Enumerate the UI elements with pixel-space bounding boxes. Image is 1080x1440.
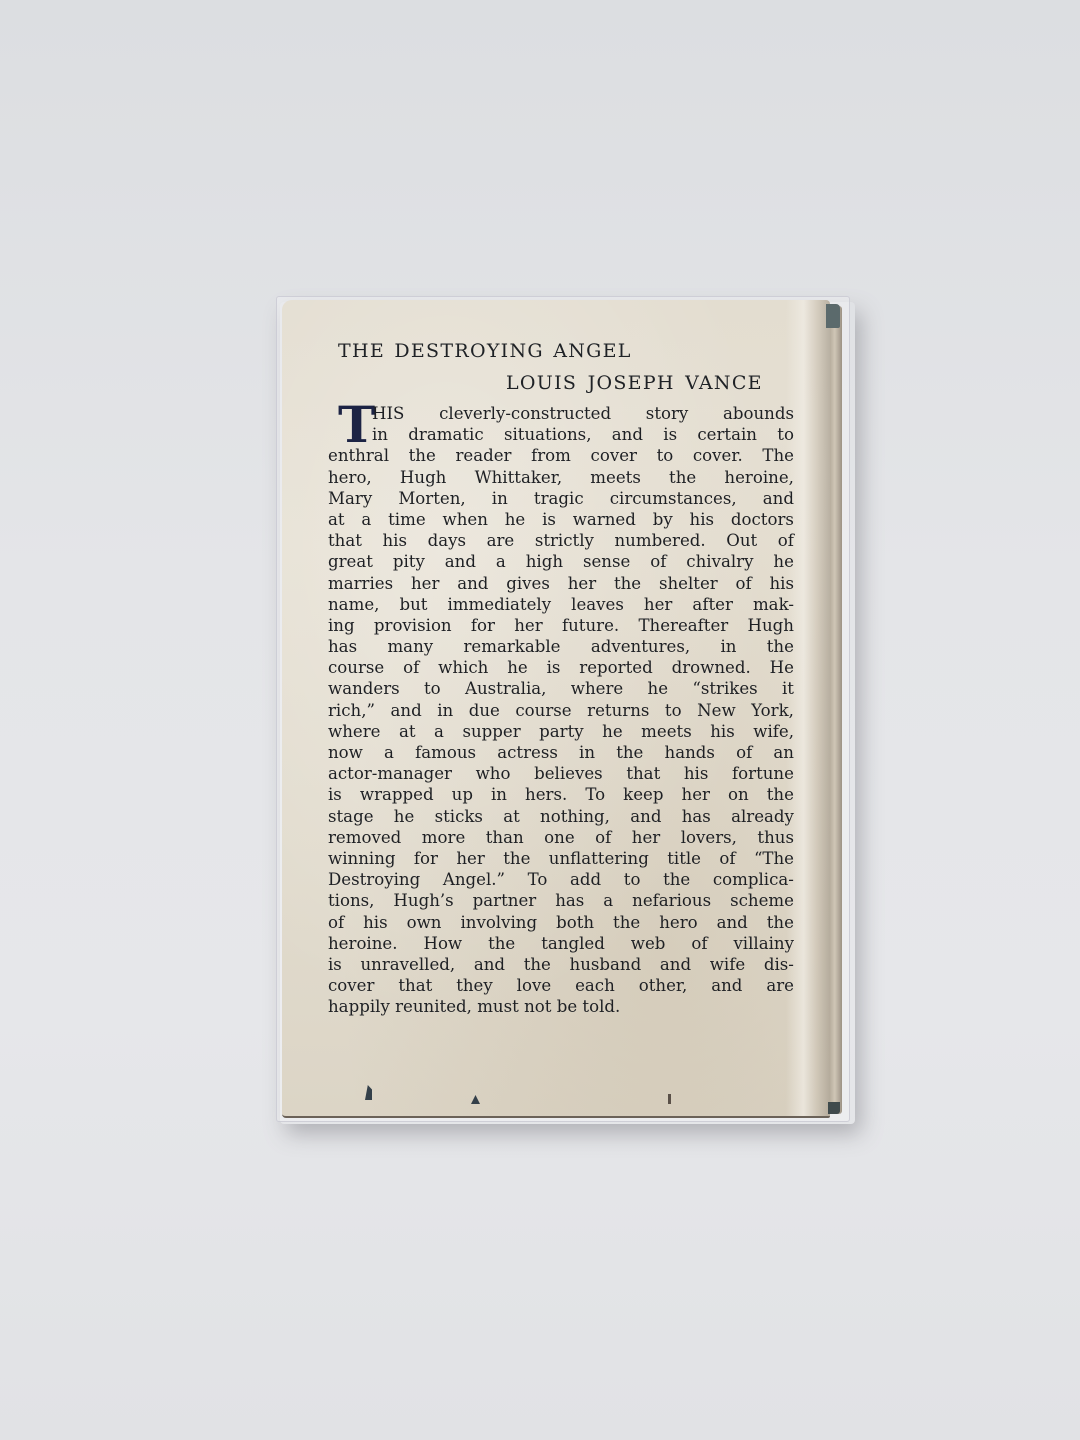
blurb-line: marriesherandgiveshertheshelterofhis [328, 573, 794, 594]
blurb-line: enthralthereaderfromcovertocover.The [328, 445, 794, 466]
blurb-line: indramaticsituations,andiscertainto [328, 424, 794, 445]
blurb-line: HIScleverly-constructedstoryabounds [328, 403, 794, 424]
blurb-line: isunravelled,andthehusbandandwifedis- [328, 954, 794, 975]
book-title: THE DESTROYING ANGEL [338, 340, 632, 362]
edge-tear [668, 1094, 671, 1104]
blurb-line: winningforhertheunflatteringtitleof“The [328, 848, 794, 869]
blurb-line: coverthattheyloveeachother,andare [328, 975, 794, 996]
blurb-line: tions,Hugh’spartnerhasanefariousscheme [328, 890, 794, 911]
blurb-line: happily reunited, must not be told. [328, 996, 794, 1017]
blurb-line: stagehesticksatnothing,andhasalready [328, 806, 794, 827]
blurb-line: courseofwhichheisreporteddrowned.He [328, 657, 794, 678]
book-spine [830, 306, 842, 1114]
blurb-line: wanderstoAustralia,wherehe“strikesit [328, 678, 794, 699]
blurb-line: MaryMorten,intragiccircumstances,and [328, 488, 794, 509]
spine-color-tab-bottom [828, 1102, 840, 1114]
blurb-line: iswrappedupinhers.Tokeepheronthe [328, 784, 794, 805]
blurb-line: rich,”andinduecoursereturnstoNewYork, [328, 700, 794, 721]
blurb-line: actor-managerwhobelievesthathisfortune [328, 763, 794, 784]
blurb-line: heroine.Howthetangledwebofvillainy [328, 933, 794, 954]
blurb-line: atatimewhenheiswarnedbyhisdoctors [328, 509, 794, 530]
blurb-line: hero,HughWhittaker,meetstheheroine, [328, 467, 794, 488]
blurb-line: DestroyingAngel.”Toaddtothecomplica- [328, 869, 794, 890]
blurb-line: ofhisowninvolvingboththeheroandthe [328, 912, 794, 933]
blurb-line: hasmanyremarkableadventures,inthe [328, 636, 794, 657]
blurb-line: ingprovisionforherfuture.ThereafterHugh [328, 615, 794, 636]
photo-scene: THE DESTROYING ANGEL LOUIS JOSEPH VANCE … [0, 0, 1080, 1440]
spine-color-tab [826, 304, 840, 328]
blurb-line: greatpityandahighsenseofchivalryhe [328, 551, 794, 572]
blurb-line: removedmorethanoneofherlovers,thus [328, 827, 794, 848]
blurb-line: whereatasupperpartyhemeetshiswife, [328, 721, 794, 742]
blurb-text: HIScleverly-constructedstoryaboundsindra… [328, 403, 794, 1017]
blurb-line: nowafamousactressinthehandsofan [328, 742, 794, 763]
book-author: LOUIS JOSEPH VANCE [506, 372, 826, 394]
blurb-line: name,butimmediatelyleavesheraftermak- [328, 594, 794, 615]
blurb-line: thathisdaysarestrictlynumbered.Outof [328, 530, 794, 551]
